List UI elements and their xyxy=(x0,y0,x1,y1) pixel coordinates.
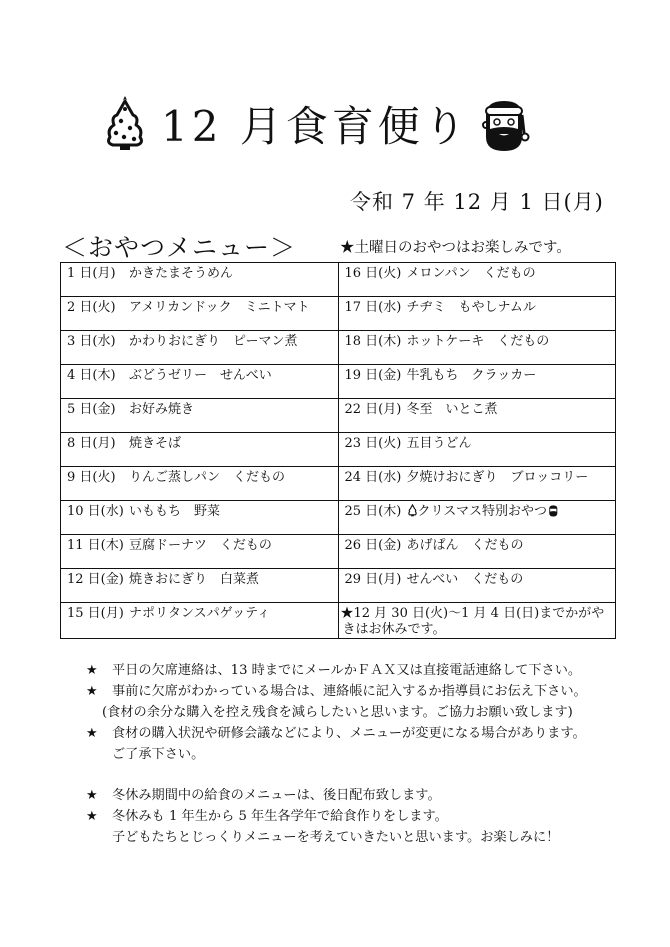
menu-cell: 8 日(月)焼きそば xyxy=(61,433,339,467)
menu-day: 24 日(水) xyxy=(345,470,407,486)
table-row: 1 日(月)かきたまそうめん16 日(火)メロンパン くだもの xyxy=(61,263,616,297)
title-text: 12 月食育便り xyxy=(161,94,470,154)
menu-cell: 1 日(月)かきたまそうめん xyxy=(61,263,339,297)
snack-menu-heading: ＜おやつメニュー＞ xyxy=(62,228,296,264)
table-row: 4 日(木)ぶどうゼリー せんべい19 日(金)牛乳もち クラッカー xyxy=(61,365,616,399)
note-text: ご了承下さい。 xyxy=(112,744,204,765)
menu-day: 9 日(火) xyxy=(67,470,129,486)
menu-day: 29 日(月) xyxy=(345,572,407,588)
menu-item: あげぱん くだもの xyxy=(407,538,524,553)
menu-day: 25 日(木) xyxy=(345,504,407,520)
christmas-tree-icon xyxy=(407,504,418,522)
menu-cell: 11 日(木)豆腐ドーナツ くだもの xyxy=(61,535,339,569)
note-line: ★冬休みも 1 年生から 5 年生各学年で給食作りをします。 xyxy=(86,806,587,827)
menu-item: いももち 野菜 xyxy=(129,504,220,519)
menu-cell: 22 日(月)冬至 いとこ煮 xyxy=(338,399,616,433)
note-text: 子どもたちとじっくりメニューを考えていきたいと思います。お楽しみに！ xyxy=(112,827,559,848)
menu-day: 1 日(月) xyxy=(67,266,129,282)
menu-day: 17 日(水) xyxy=(345,300,407,316)
menu-item: 牛乳もち クラッカー xyxy=(407,368,537,383)
snack-menu-table: 1 日(月)かきたまそうめん16 日(火)メロンパン くだもの2 日(火)アメリ… xyxy=(60,262,616,639)
menu-cell: 4 日(木)ぶどうゼリー せんべい xyxy=(61,365,339,399)
note-line: ★冬休み期間中の給食のメニューは、後日配布致します。 xyxy=(86,785,587,806)
table-row: 3 日(水)かわりおにぎり ピーマン煮18 日(木)ホットケーキ くだもの xyxy=(61,331,616,365)
table-row: 11 日(木)豆腐ドーナツ くだもの26 日(金)あげぱん くだもの xyxy=(61,535,616,569)
table-row: 15 日(月)ナポリタンスパゲッティ★12 月 30 日(火)～1 月 4 日(… xyxy=(61,603,616,639)
menu-day: 10 日(水) xyxy=(67,504,129,520)
menu-cell: 3 日(水)かわりおにぎり ピーマン煮 xyxy=(61,331,339,365)
table-row: 12 日(金)焼きおにぎり 白菜煮29 日(月)せんべい くだもの xyxy=(61,569,616,603)
menu-item: せんべい くだもの xyxy=(407,572,524,587)
menu-cell: 18 日(木)ホットケーキ くだもの xyxy=(338,331,616,365)
menu-day: 11 日(木) xyxy=(67,538,129,554)
note-line: ご了承下さい。 xyxy=(86,744,587,765)
menu-item: 五目うどん xyxy=(407,436,472,451)
santa-face-icon xyxy=(480,95,530,153)
menu-cell: 25 日(木)クリスマス特別おやつ xyxy=(338,501,616,535)
saturday-note: ★土曜日のおやつはお楽しみです。 xyxy=(340,236,571,257)
star-bullet-icon xyxy=(86,827,112,848)
menu-item: クリスマス特別おやつ xyxy=(418,504,547,519)
menu-day: 15 日(月) xyxy=(67,606,129,622)
menu-cell: 5 日(金)お好み焼き xyxy=(61,399,339,433)
note-line: ★食材の購入状況や研修会議などにより、メニューが変更になる場合があります。 xyxy=(86,723,587,744)
table-row: 5 日(金)お好み焼き22 日(月)冬至 いとこ煮 xyxy=(61,399,616,433)
note-text: 冬休み期間中の給食のメニューは、後日配布致します。 xyxy=(112,785,441,806)
note-text: 事前に欠席がわかっている場合は、連絡帳に記入するか指導員にお伝え下さい。 xyxy=(112,681,587,702)
menu-day: 12 日(金) xyxy=(67,572,129,588)
menu-item: 豆腐ドーナツ くだもの xyxy=(129,538,272,553)
spacer xyxy=(86,765,587,785)
menu-cell: 23 日(火)五目うどん xyxy=(338,433,616,467)
menu-day: 8 日(月) xyxy=(67,436,129,452)
menu-day: 2 日(火) xyxy=(67,300,129,316)
menu-item: ナポリタンスパゲッティ xyxy=(129,606,270,621)
star-bullet-icon: ★ xyxy=(86,785,112,806)
menu-day: 22 日(月) xyxy=(345,402,407,418)
note-line: 子どもたちとじっくりメニューを考えていきたいと思います。お楽しみに！ xyxy=(86,827,587,848)
menu-item: ぶどうゼリー せんべい xyxy=(129,368,272,383)
menu-cell: 10 日(水)いももち 野菜 xyxy=(61,501,339,535)
menu-day: 4 日(木) xyxy=(67,368,129,384)
menu-day: 16 日(火) xyxy=(345,266,407,282)
menu-day: 3 日(水) xyxy=(67,334,129,350)
menu-item: アメリカンドック ミニトマト xyxy=(129,300,310,315)
note-line: ★平日の欠席連絡は、13 時までにメールかＦＡＸ又は直接電話連絡して下さい。 xyxy=(86,660,587,681)
note-line: ★事前に欠席がわかっている場合は、連絡帳に記入するか指導員にお伝え下さい。 xyxy=(86,681,587,702)
star-bullet-icon: ★ xyxy=(86,806,112,827)
menu-day: 5 日(金) xyxy=(67,402,129,418)
newsletter-title: 12 月食育便り xyxy=(105,92,565,156)
menu-day: 26 日(金) xyxy=(345,538,407,554)
menu-cell: 9 日(火)りんご蒸しパン くだもの xyxy=(61,467,339,501)
menu-item: お好み焼き xyxy=(129,402,194,417)
christmas-tree-icon xyxy=(105,95,145,153)
menu-day: 18 日(木) xyxy=(345,334,407,350)
menu-cell: 16 日(火)メロンパン くだもの xyxy=(338,263,616,297)
menu-item: 焼きそば xyxy=(129,436,181,451)
santa-face-icon xyxy=(547,504,560,522)
holiday-note: ★12 月 30 日(火)～1 月 4 日(日)までかがやきはお休みです。 xyxy=(338,603,616,639)
menu-item: チヂミ もやしナムル xyxy=(407,300,536,315)
menu-item: りんご蒸しパン くだもの xyxy=(129,470,285,485)
table-row: 2 日(火)アメリカンドック ミニトマト17 日(水)チヂミ もやしナムル xyxy=(61,297,616,331)
star-bullet-icon xyxy=(86,744,112,765)
star-bullet-icon: ★ xyxy=(86,723,112,744)
menu-item: かわりおにぎり ピーマン煮 xyxy=(129,334,297,349)
table-row: 8 日(月)焼きそば23 日(火)五目うどん xyxy=(61,433,616,467)
menu-cell: 17 日(水)チヂミ もやしナムル xyxy=(338,297,616,331)
menu-day: 23 日(火) xyxy=(345,436,407,452)
menu-item: 焼きおにぎり 白菜煮 xyxy=(129,572,259,587)
issue-date: 令和 7 年 12 月 1 日(月) xyxy=(350,186,604,216)
menu-cell: 15 日(月)ナポリタンスパゲッティ xyxy=(61,603,339,639)
menu-item: ホットケーキ くだもの xyxy=(407,334,550,349)
menu-item: かきたまそうめん xyxy=(129,266,233,281)
star-bullet-icon: ★ xyxy=(86,660,112,681)
menu-item: 夕焼けおにぎり ブロッコリー xyxy=(407,470,589,485)
star-bullet-icon: ★ xyxy=(86,681,112,702)
menu-cell: 19 日(金)牛乳もち クラッカー xyxy=(338,365,616,399)
note-text: 平日の欠席連絡は、13 時までにメールかＦＡＸ又は直接電話連絡して下さい。 xyxy=(112,660,581,681)
table-row: 10 日(水)いももち 野菜25 日(木)クリスマス特別おやつ xyxy=(61,501,616,535)
menu-cell: 26 日(金)あげぱん くだもの xyxy=(338,535,616,569)
menu-item: メロンパン くだもの xyxy=(407,266,536,281)
table-row: 9 日(火)りんご蒸しパン くだもの24 日(水)夕焼けおにぎり ブロッコリー xyxy=(61,467,616,501)
menu-cell: 24 日(水)夕焼けおにぎり ブロッコリー xyxy=(338,467,616,501)
note-text: 食材の購入状況や研修会議などにより、メニューが変更になる場合があります。 xyxy=(112,723,586,744)
menu-day: 19 日(金) xyxy=(345,368,407,384)
note-subtext: (食材の余分な購入を控え残食を減らしたいと思います。ご協力お願い致します) xyxy=(86,702,587,723)
menu-cell: 29 日(月)せんべい くだもの xyxy=(338,569,616,603)
menu-cell: 2 日(火)アメリカンドック ミニトマト xyxy=(61,297,339,331)
menu-cell: 12 日(金)焼きおにぎり 白菜煮 xyxy=(61,569,339,603)
note-text: 冬休みも 1 年生から 5 年生各学年で給食作りをします。 xyxy=(112,806,448,827)
notes-section: ★平日の欠席連絡は、13 時までにメールかＦＡＸ又は直接電話連絡して下さい。★事… xyxy=(86,660,587,848)
menu-item: 冬至 いとこ煮 xyxy=(407,402,498,417)
